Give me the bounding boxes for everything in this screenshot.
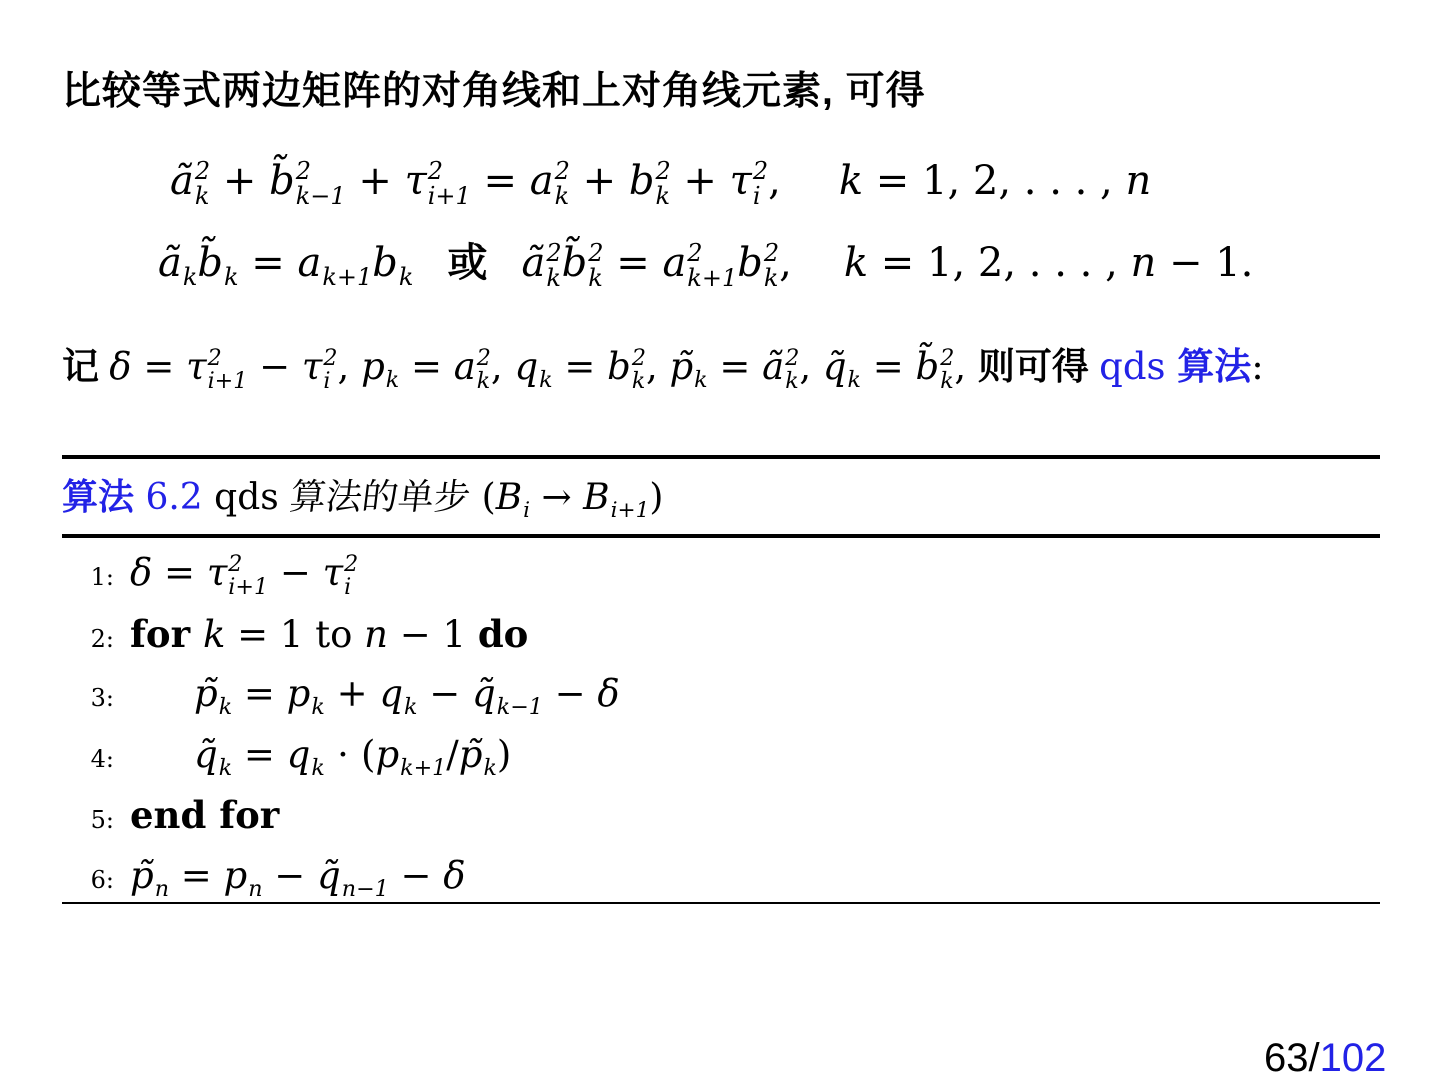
page-total: 102 — [1320, 1036, 1387, 1080]
equation-line-2: ãkb̃k = ak+1bk或ã2kb̃2k = a2k+1b2k,k = 1,… — [158, 238, 1253, 292]
step-number: 4: — [88, 745, 114, 773]
step-number: 3: — [88, 684, 114, 712]
algorithm-step: 3:p̃k = pk + qk − q̃k−1 − δ — [88, 672, 620, 733]
step-content: p̃n = pn − q̃n−1 − δ — [130, 854, 466, 902]
step-content: q̃k = qk ⋅ (pk+1/p̃k) — [194, 733, 511, 781]
algorithm-step: 4:q̃k = qk ⋅ (pk+1/p̃k) — [88, 733, 620, 794]
step-number: 5: — [88, 806, 114, 834]
step-number: 1: — [88, 563, 114, 591]
algorithm-steps: 1:δ = τ2i+1 − τ2i2:for k = 1 to n − 1 do… — [88, 551, 620, 914]
algorithm-bottom-rule — [62, 902, 1380, 904]
step-number: 6: — [88, 866, 114, 894]
algorithm-step: 1:δ = τ2i+1 − τ2i — [88, 551, 620, 612]
algorithm-step: 2:for k = 1 to n − 1 do — [88, 612, 620, 673]
page-number: 63/102 — [1264, 1036, 1386, 1080]
algorithm-step: 6:p̃n = pn − q̃n−1 − δ — [88, 854, 620, 915]
step-content: for k = 1 to n − 1 do — [130, 612, 528, 656]
step-content: p̃k = pk + qk − q̃k−1 − δ — [194, 672, 620, 720]
algorithm-title-rule — [62, 534, 1380, 538]
algorithm-step: 5:end for — [88, 793, 620, 854]
page-title: 比较等式两边矩阵的对角线和上对角线元素, 可得 — [62, 60, 926, 116]
equation-line-1: ã2k + b̃2k−1 + τ2i+1 = a2k + b2k + τ2i,k… — [170, 156, 1151, 208]
step-content: end for — [130, 793, 279, 837]
page-current: 63/ — [1264, 1036, 1320, 1080]
algorithm-title: 算法 6.2 qds 算法的单步 (Bi → Bi+1) — [62, 474, 663, 525]
slide: 比较等式两边矩阵的对角线和上对角线元素, 可得 ã2k + b̃2k−1 + τ… — [0, 0, 1440, 1080]
step-number: 2: — [88, 625, 114, 653]
algorithm-top-rule — [62, 455, 1380, 459]
definition-paragraph: 记 δ = τ2i+1 − τ2i, pk = a2k, qk = b2k, p… — [62, 344, 1264, 395]
step-content: δ = τ2i+1 − τ2i — [130, 551, 358, 598]
